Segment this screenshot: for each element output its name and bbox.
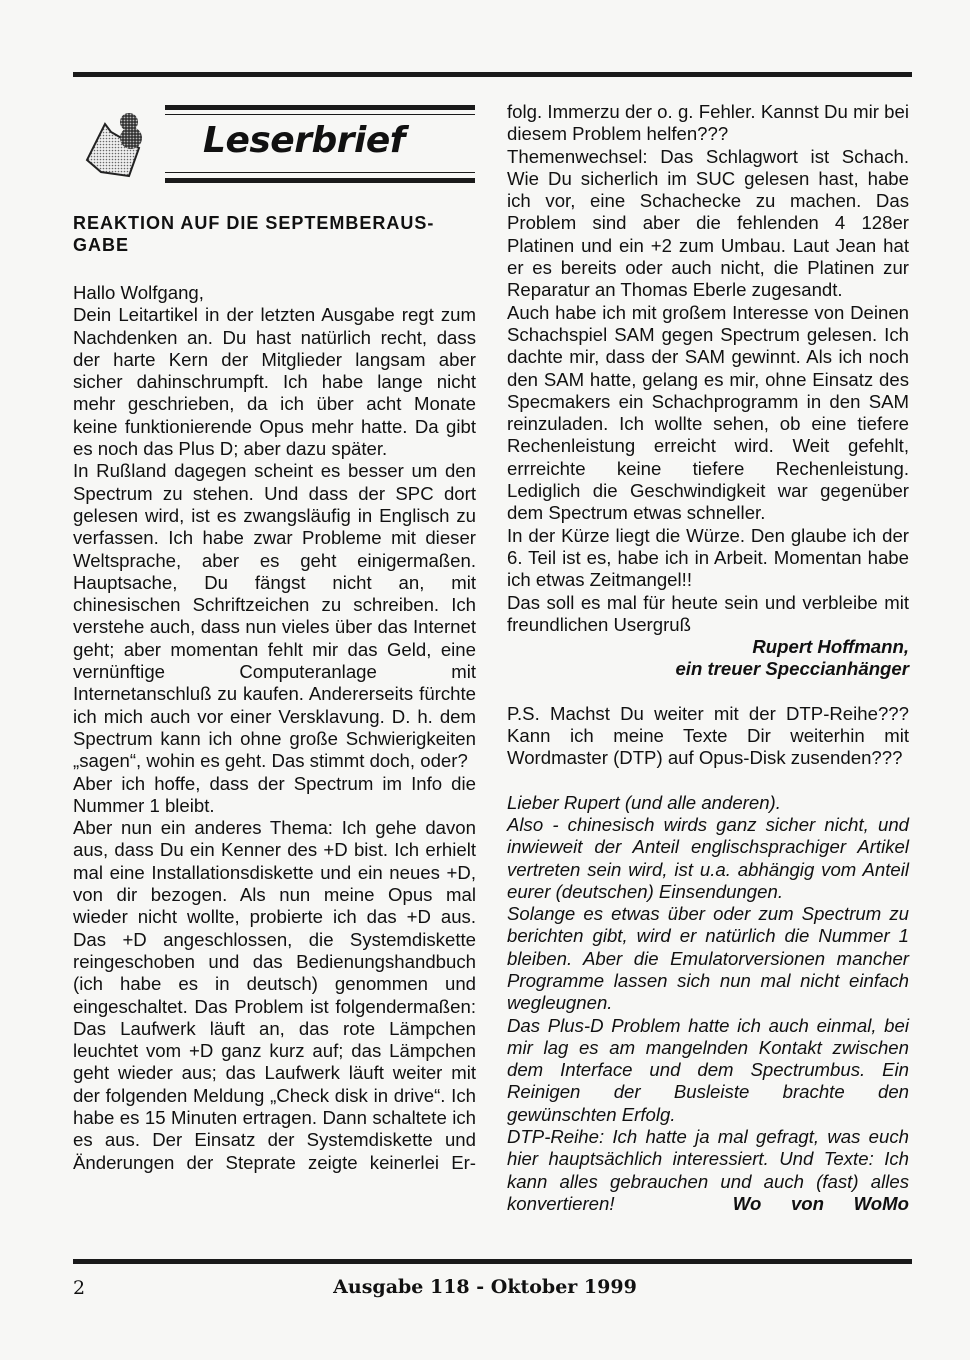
reply-paragraph: Also - chinesisch wirds ganz sicher nich… bbox=[507, 814, 909, 903]
header-rule bbox=[165, 178, 475, 183]
header-rule bbox=[165, 105, 475, 110]
paragraph: Aber ich hoffe, dass der Spectrum im Inf… bbox=[73, 773, 476, 818]
left-column: REAKTION AUF DIE SEPTEMBERAUS-GABE Hallo… bbox=[73, 212, 476, 1174]
section-header: Leserbrief bbox=[73, 100, 478, 192]
paragraph: In der Kürze liegt die Würze. Den glaube… bbox=[507, 525, 909, 592]
header-rule bbox=[165, 172, 475, 173]
paragraph: Dein Leitartikel in der letzten Ausgabe … bbox=[73, 304, 476, 460]
postscript: P.S. Machst Du weiter mit der DTP-Reihe?… bbox=[507, 703, 909, 770]
paragraph: folg. Immerzu der o. g. Fehler. Kannst D… bbox=[507, 101, 909, 146]
reply-paragraph: DTP-Reihe: Ich hatte ja mal gefragt, was… bbox=[507, 1126, 909, 1215]
right-column: folg. Immerzu der o. g. Fehler. Kannst D… bbox=[507, 101, 909, 1215]
paragraph: Themenwechsel: Das Schlagwort ist Schach… bbox=[507, 146, 909, 302]
reply-signature: Wo von WoMo bbox=[733, 1193, 909, 1214]
paragraph: Aber nun ein anderes Thema: Ich gehe dav… bbox=[73, 817, 476, 1174]
section-title: Leserbrief bbox=[203, 120, 405, 161]
signature-name: Rupert Hoffmann, bbox=[507, 636, 909, 658]
paragraph: In Rußland dagegen scheint es besser um … bbox=[73, 460, 476, 772]
reply-paragraph: Solange es etwas über oder zum Spectrum … bbox=[507, 903, 909, 1014]
paragraph: Hallo Wolfgang, bbox=[73, 282, 476, 304]
note-pin-icon bbox=[81, 104, 161, 184]
top-rule bbox=[73, 72, 912, 77]
header-rule bbox=[165, 114, 475, 115]
signature-tagline: ein treuer Speccianhänger bbox=[507, 658, 909, 680]
reply-paragraph: Das Plus-D Problem hatte ich auch einmal… bbox=[507, 1015, 909, 1126]
paragraph: Auch habe ich mit großem Interesse von D… bbox=[507, 302, 909, 525]
bottom-rule bbox=[73, 1259, 912, 1264]
issue-label: Ausgabe 118 - Oktober 1999 bbox=[0, 1276, 970, 1298]
reply-paragraph: Lieber Rupert (und alle anderen). bbox=[507, 792, 909, 814]
article-heading: REAKTION AUF DIE SEPTEMBERAUS-GABE bbox=[73, 212, 476, 256]
paragraph: Das soll es mal für heute sein und verbl… bbox=[507, 592, 909, 637]
